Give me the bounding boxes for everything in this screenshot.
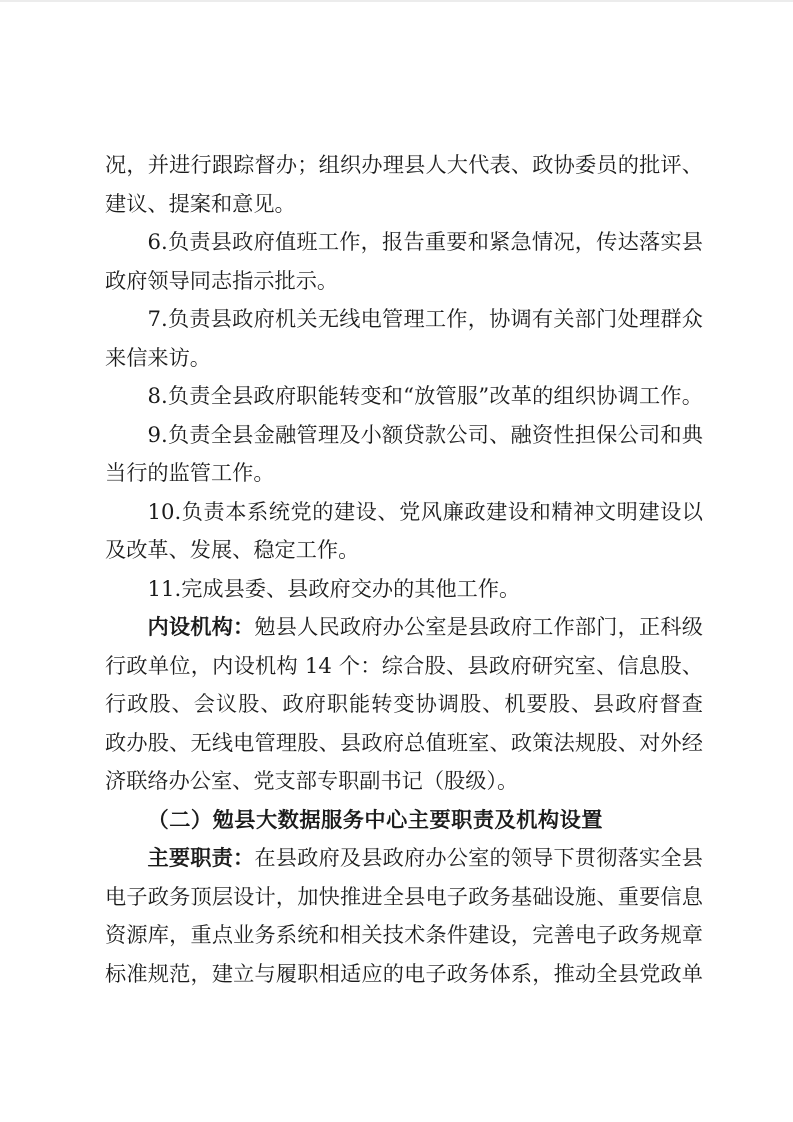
text-line: 当行的监管工作。 bbox=[105, 454, 703, 493]
text-line: 内设机构：勉县人民政府办公室是县政府工作部门，正科级 bbox=[105, 608, 703, 647]
text-block: 况，并进行跟踪督办；组织办理县人大代表、政协委员的批评、 建议、提案和意见。 6… bbox=[105, 146, 703, 993]
text-run: 7.负责县政府机关无线电管理工作，协调有关部门处理群众 bbox=[148, 306, 704, 331]
text-run: 在县政府及县政府办公室的领导下贯彻落实全县 bbox=[254, 845, 703, 870]
text-line: 8.负责全县政府职能转变和“放管服”改革的组织协调工作。 bbox=[105, 377, 703, 416]
text-line: 7.负责县政府机关无线电管理工作，协调有关部门处理群众 bbox=[105, 300, 703, 339]
text-run: 行政单位，内设机构 14 个：综合股、县政府研究室、信息股、 bbox=[105, 653, 703, 678]
text-run: 来信来访。 bbox=[105, 345, 211, 370]
text-run: 8.负责全县政府职能转变和“放管服”改革的组织协调工作。 bbox=[148, 383, 704, 408]
text-run: 资源库，重点业务系统和相关技术条件建设，完善电子政务规章 bbox=[105, 922, 703, 947]
text-run: 建议、提案和意见。 bbox=[105, 191, 296, 216]
text-line: 政府领导同志指示批示。 bbox=[105, 262, 703, 301]
text-line: 政办股、无线电管理股、县政府总值班室、政策法规股、对外经 bbox=[105, 724, 703, 763]
text-line: 标准规范，建立与履职相适应的电子政务体系，推动全县党政单 bbox=[105, 955, 703, 994]
text-run: 政府领导同志指示批示。 bbox=[105, 268, 338, 293]
document-page: 况，并进行跟踪督办；组织办理县人大代表、政协委员的批评、 建议、提案和意见。 6… bbox=[0, 0, 793, 1122]
text-run: 及改革、发展、稳定工作。 bbox=[105, 537, 359, 562]
bold-label-internal-organs: 内设机构： bbox=[148, 614, 255, 639]
text-line: 资源库，重点业务系统和相关技术条件建设，完善电子政务规章 bbox=[105, 916, 703, 955]
text-run: 9.负责全县金融管理及小额贷款公司、融资性担保公司和典 bbox=[148, 422, 704, 447]
text-line: 行政单位，内设机构 14 个：综合股、县政府研究室、信息股、 bbox=[105, 647, 703, 686]
text-line: 建议、提案和意见。 bbox=[105, 185, 703, 224]
text-line: 来信来访。 bbox=[105, 339, 703, 378]
text-run: 10.负责本系统党的建设、党风廉政建设和精神文明建设以 bbox=[148, 499, 704, 524]
text-line: 11.完成县委、县政府交办的其他工作。 bbox=[105, 570, 703, 609]
page-top-edge bbox=[0, 0, 793, 2]
text-line: 行政股、会议股、政府职能转变协调股、机要股、县政府督查室、 bbox=[105, 685, 703, 724]
text-run: 政办股、无线电管理股、县政府总值班室、政策法规股、对外经 bbox=[105, 730, 703, 755]
bold-label-main-duties: 主要职责： bbox=[148, 845, 255, 870]
text-line: 电子政务顶层设计，加快推进全县电子政务基础设施、重要信息 bbox=[105, 878, 703, 917]
text-run: 行政股、会议股、政府职能转变协调股、机要股、县政府督查室、 bbox=[105, 691, 703, 724]
text-line: 主要职责：在县政府及县政府办公室的领导下贯彻落实全县 bbox=[105, 839, 703, 878]
text-run: 电子政务顶层设计，加快推进全县电子政务基础设施、重要信息 bbox=[105, 884, 703, 909]
text-run: 勉县人民政府办公室是县政府工作部门，正科级 bbox=[254, 614, 703, 639]
heading-text: （二）勉县大数据服务中心主要职责及机构设置 bbox=[148, 807, 603, 832]
text-line: 况，并进行跟踪督办；组织办理县人大代表、政协委员的批评、 bbox=[105, 146, 703, 185]
text-run: 济联络办公室、党支部专职副书记（股级）。 bbox=[105, 768, 518, 793]
text-run: 当行的监管工作。 bbox=[105, 460, 275, 485]
text-run: 11.完成县委、县政府交办的其他工作。 bbox=[148, 576, 521, 601]
text-run: 标准规范，建立与履职相适应的电子政务体系，推动全县党政单 bbox=[105, 961, 703, 986]
text-line: 6.负责县政府值班工作，报告重要和紧急情况，传达落实县 bbox=[105, 223, 703, 262]
text-run: 6.负责县政府值班工作，报告重要和紧急情况，传达落实县 bbox=[148, 229, 704, 254]
text-line: 10.负责本系统党的建设、党风廉政建设和精神文明建设以 bbox=[105, 493, 703, 532]
text-line: 济联络办公室、党支部专职副书记（股级）。 bbox=[105, 762, 703, 801]
text-line: 及改革、发展、稳定工作。 bbox=[105, 531, 703, 570]
text-line: 9.负责全县金融管理及小额贷款公司、融资性担保公司和典 bbox=[105, 416, 703, 455]
section-heading-big-data-center: （二）勉县大数据服务中心主要职责及机构设置 bbox=[105, 801, 703, 840]
text-run: 况，并进行跟踪督办；组织办理县人大代表、政协委员的批评、 bbox=[105, 152, 703, 177]
